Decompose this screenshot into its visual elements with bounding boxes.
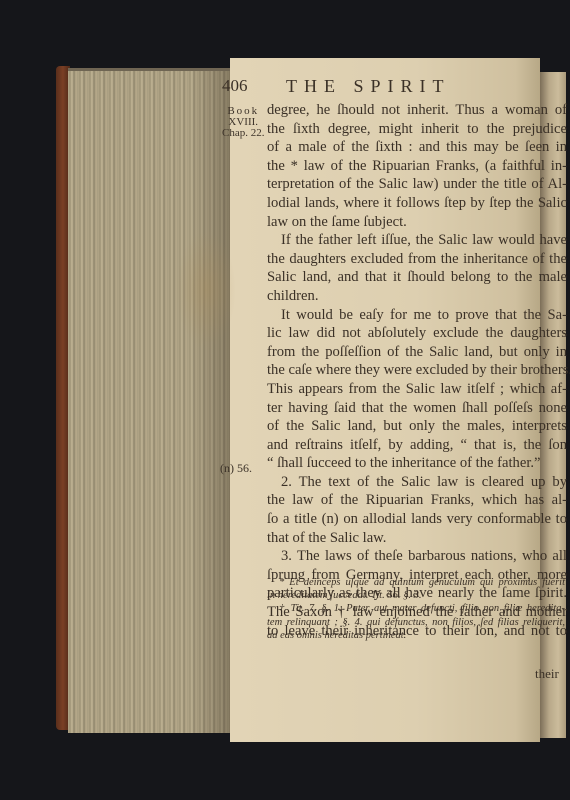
text-line: the caſe where they were excluded by the… xyxy=(267,361,567,380)
page-number: 406 xyxy=(222,76,248,96)
text-line: the * law of the Ripuarian Franks, (a fa… xyxy=(267,157,567,176)
footnote-text: in hereditatem ſuccedat. Tit. 56. §. 3. xyxy=(267,590,421,601)
catchword: their xyxy=(535,666,559,682)
text-line: terpretation of the Salic law) under the… xyxy=(267,175,567,194)
body-text: degree, he ſhould not inherit. Thus a wo… xyxy=(267,101,567,640)
text-line: This appears from the Salic law itſelf ;… xyxy=(267,380,567,399)
footnote-line: ad eas omnis hereditas pertineat. xyxy=(267,629,565,642)
margin-reference: (n) 56. xyxy=(220,461,252,476)
text-line: Salic land, and that it ſhould belong to… xyxy=(267,268,567,287)
text-line: that of the Salic law. xyxy=(267,529,567,548)
text-line: If the father left iſſue, the Salic law … xyxy=(267,231,567,250)
footnote-line: * Et deinceps uſque ad quintum genuculum… xyxy=(267,576,565,589)
text-line: 2. The text of the Salic law is cleared … xyxy=(267,473,567,492)
footnote-line: in hereditatem ſuccedat. Tit. 56. §. 3. xyxy=(267,589,565,602)
running-head-title: THE SPIRIT xyxy=(286,76,451,97)
text-line: degree, he ſhould not inherit. Thus a wo… xyxy=(267,101,567,120)
margin-note: Book XVIII. Chap. 22. xyxy=(222,106,264,139)
text-line: of the Salic land, but only the males, i… xyxy=(267,417,567,436)
footnote-line: † Tit. 7. §. 1. Pater aut mater defuncti… xyxy=(267,602,565,615)
text-line: from the poſſeſſion of the Salic land, b… xyxy=(267,343,567,362)
footnote-text: † Tit. 7. §. 1. Pater aut mater defuncti… xyxy=(279,603,565,614)
running-head: 406 THE SPIRIT xyxy=(222,76,542,98)
text-line: lodial lands, where it follows ſtep by ſ… xyxy=(267,194,567,213)
footnotes: * Et deinceps uſque ad quintum genuculum… xyxy=(267,576,565,642)
text-line: “ ſhall ſucceed to the inheritance of th… xyxy=(267,454,567,473)
text-line: ter having ſaid that the women ſhall poſ… xyxy=(267,399,567,418)
page-fore-edge xyxy=(68,68,230,733)
text-line: and reſtrains itſelf, by adding, “ that … xyxy=(267,436,567,455)
text-line: the daughters excluded from the inherita… xyxy=(267,250,567,269)
text-line: lic law did not abſolutely exclude the d… xyxy=(267,324,567,343)
footnote-text: * Et deinceps uſque ad quintum genuculum… xyxy=(279,577,565,588)
text-line: law on the ſame ſubject. xyxy=(267,213,567,232)
foxing-stain xyxy=(176,230,236,350)
text-line: the law of the Ripuarian Franks, which h… xyxy=(267,491,567,510)
text-line: of a male of the ſixth : and this may be… xyxy=(267,138,567,157)
footnote-line: tem relinquant ; §. 4. qui defunctus, no… xyxy=(267,616,565,629)
text-line: children. xyxy=(267,287,567,306)
footnote-text: ad eas omnis hereditas pertineat. xyxy=(267,630,406,641)
margin-chapter: Chap. 22. xyxy=(222,128,264,139)
text-line: 3. The laws of theſe barbarous nations, … xyxy=(267,547,567,566)
text-line: the ſixth degree, might inherit to the p… xyxy=(267,120,567,139)
text-line: ſo a title (n) on allodial lands very co… xyxy=(267,510,567,529)
text-line: It would be eaſy for me to prove that th… xyxy=(267,306,567,325)
footnote-text: tem relinquant ; §. 4. qui defunctus, no… xyxy=(267,617,565,628)
